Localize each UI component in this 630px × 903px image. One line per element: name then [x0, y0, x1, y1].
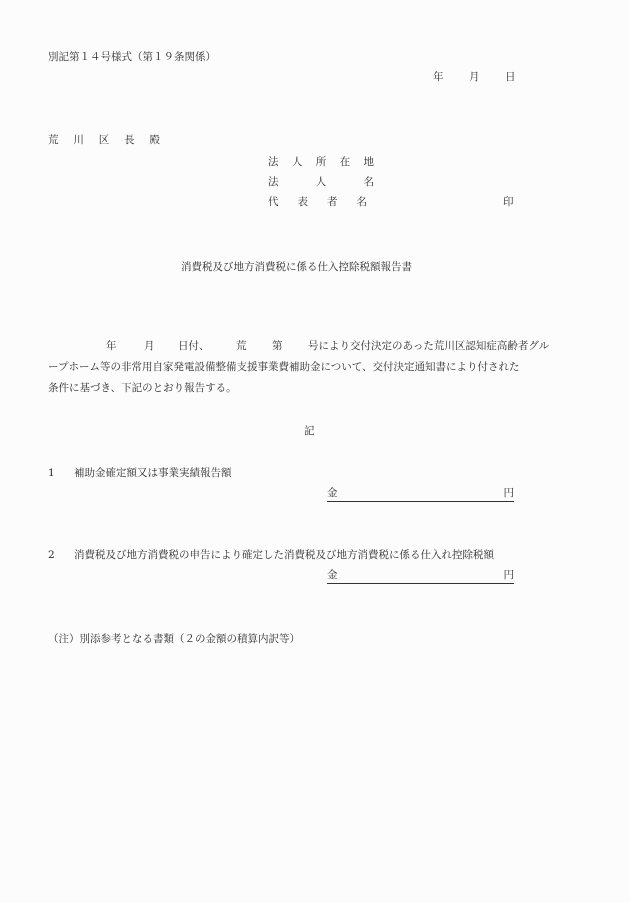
representative-name-field[interactable]: [385, 195, 495, 209]
label-char: 人: [316, 175, 327, 189]
item-1-amount-field[interactable]: 金 円: [327, 486, 514, 502]
addressee-char: 長: [124, 133, 135, 147]
item-2: 2 消費税及び地方消費税の申告により確定した消費税及び地方消費税に係る仕入れ控除…: [48, 548, 494, 562]
attachment-note: （注）別添参考となる書類（２の金額の積算内訳等）: [48, 632, 300, 646]
corporate-address-field[interactable]: [385, 155, 515, 169]
item-number: 1: [48, 467, 55, 479]
date-month-field[interactable]: 月: [469, 70, 480, 84]
label-char: 代: [268, 195, 279, 209]
representative-name-label: 代 表 者 名: [268, 195, 367, 209]
body-line-1-rest: 号により交付決定のあった荒川区認知症高齢者グル: [308, 339, 549, 353]
label-char: 表: [298, 195, 309, 209]
corporate-address-label: 法 人 所 在 地: [268, 155, 374, 169]
grant-date-year-field[interactable]: 年: [106, 339, 117, 353]
notice-prefix: 荒: [236, 339, 247, 353]
label-char: 名: [364, 175, 375, 189]
ki-heading: 記: [304, 424, 315, 438]
corporate-name-field[interactable]: [385, 175, 515, 189]
grant-date-month-field[interactable]: 月: [144, 339, 155, 353]
document-title: 消費税及び地方消費税に係る仕入控除税額報告書: [181, 260, 412, 274]
form-number: 別記第１４号様式（第１９条関係）: [48, 50, 216, 64]
label-char: 名: [357, 195, 368, 209]
addressee: 荒 川 区 長 殿: [48, 133, 160, 147]
label-char: 法: [268, 175, 279, 189]
date-year-field[interactable]: 年: [433, 70, 444, 84]
item-number: 2: [48, 549, 55, 561]
label-char: 法: [268, 155, 279, 169]
label-char: 在: [340, 155, 351, 169]
label-char: 地: [364, 155, 375, 169]
label-char: 所: [316, 155, 327, 169]
amount-suffix: 円: [504, 568, 515, 582]
amount-prefix: 金: [327, 486, 338, 500]
item-2-amount-field[interactable]: 金 円: [327, 568, 514, 584]
item-label: 補助金確定額又は事業実績報告額: [74, 467, 232, 479]
corporate-name-label: 法 人 名: [268, 175, 374, 189]
item-label: 消費税及び地方消費税の申告により確定した消費税及び地方消費税に係る仕入れ控除税額: [74, 549, 494, 561]
date-day-field[interactable]: 日: [505, 70, 516, 84]
grant-date-day-field[interactable]: 日付、: [178, 339, 210, 353]
item-1: 1 補助金確定額又は事業実績報告額: [48, 466, 232, 480]
label-char: 人: [292, 155, 303, 169]
seal-mark: 印: [503, 195, 514, 209]
body-line-2: ープホーム等の非常用自家発電設備整備支援事業費補助金について、交付決定通知書によ…: [48, 360, 520, 374]
notice-number-field[interactable]: 第: [272, 339, 283, 353]
addressee-char: 区: [99, 133, 110, 147]
addressee-char: 荒: [48, 133, 59, 147]
amount-prefix: 金: [327, 568, 338, 582]
label-char: 者: [327, 195, 338, 209]
addressee-char: 殿: [150, 133, 161, 147]
addressee-char: 川: [73, 133, 84, 147]
body-line-3: 条件に基づき、下記のとおり報告する。: [48, 381, 237, 395]
amount-suffix: 円: [504, 486, 515, 500]
body-line-1: 年 月 日付、 荒 第 号により交付決定のあった荒川区認知症高齢者グル: [48, 339, 588, 353]
